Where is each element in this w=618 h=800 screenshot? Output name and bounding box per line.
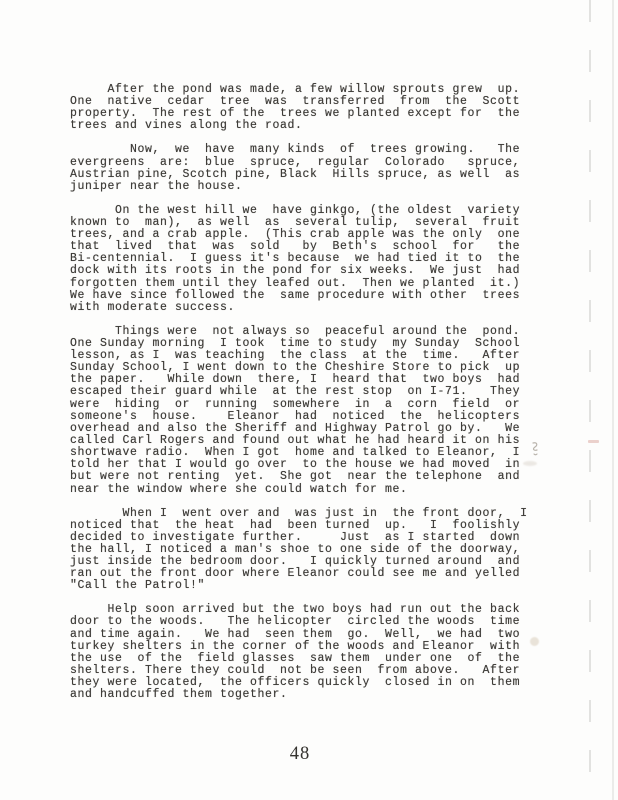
page-number: 48 [70, 744, 530, 765]
paragraph: On the west hill we have ginkgo, (the ol… [70, 205, 530, 314]
paragraph: After the pond was made, a few willow sp… [70, 84, 530, 133]
text-line: noticed that the heat had been turned up… [70, 520, 530, 532]
text-line: When I went over and was just in the fro… [70, 508, 530, 520]
scanned-page: After the pond was made, a few willow sp… [0, 0, 618, 800]
text-line: Austrian pine, Scotch pine, Black Hills … [70, 169, 530, 181]
typewritten-text-block: After the pond was made, a few willow sp… [70, 84, 530, 713]
scan-artifact-squiggle [531, 441, 540, 457]
text-line: near the window where she could watch fo… [70, 484, 530, 496]
text-line: and time again. We had seen them go. Wel… [70, 629, 530, 641]
text-line: evergreens are: blue spruce, regular Col… [70, 157, 530, 169]
scan-artifact-smudge [530, 637, 539, 646]
text-line: trees and vines along the road. [70, 120, 530, 132]
text-line: dock with its roots in the pond for six … [70, 265, 530, 277]
paragraph: When I went over and was just in the fro… [70, 508, 530, 593]
text-line: with moderate success. [70, 302, 530, 314]
perforation-dashed-line [589, 0, 591, 800]
text-line: escaped their guard while at the rest st… [70, 386, 530, 398]
text-line: and handcuffed them together. [70, 689, 530, 701]
text-line: door to the woods. The helicopter circle… [70, 616, 530, 628]
page-edge-line [612, 0, 614, 800]
text-line: forgotten them until they leafed out. Th… [70, 278, 530, 290]
text-line: juniper near the house. [70, 181, 530, 193]
text-line: Now, we have many kinds of trees growing… [70, 144, 530, 156]
text-line: were hiding or running somewhere in a co… [70, 399, 530, 411]
text-line: "Call the Patrol!" [70, 580, 530, 592]
paragraph: Now, we have many kinds of trees growing… [70, 144, 530, 193]
paragraph: Help soon arrived but the two boys had r… [70, 604, 530, 701]
paragraph: Things were not always so peaceful aroun… [70, 326, 530, 496]
text-line: but were not renting yet. She got near t… [70, 471, 530, 483]
